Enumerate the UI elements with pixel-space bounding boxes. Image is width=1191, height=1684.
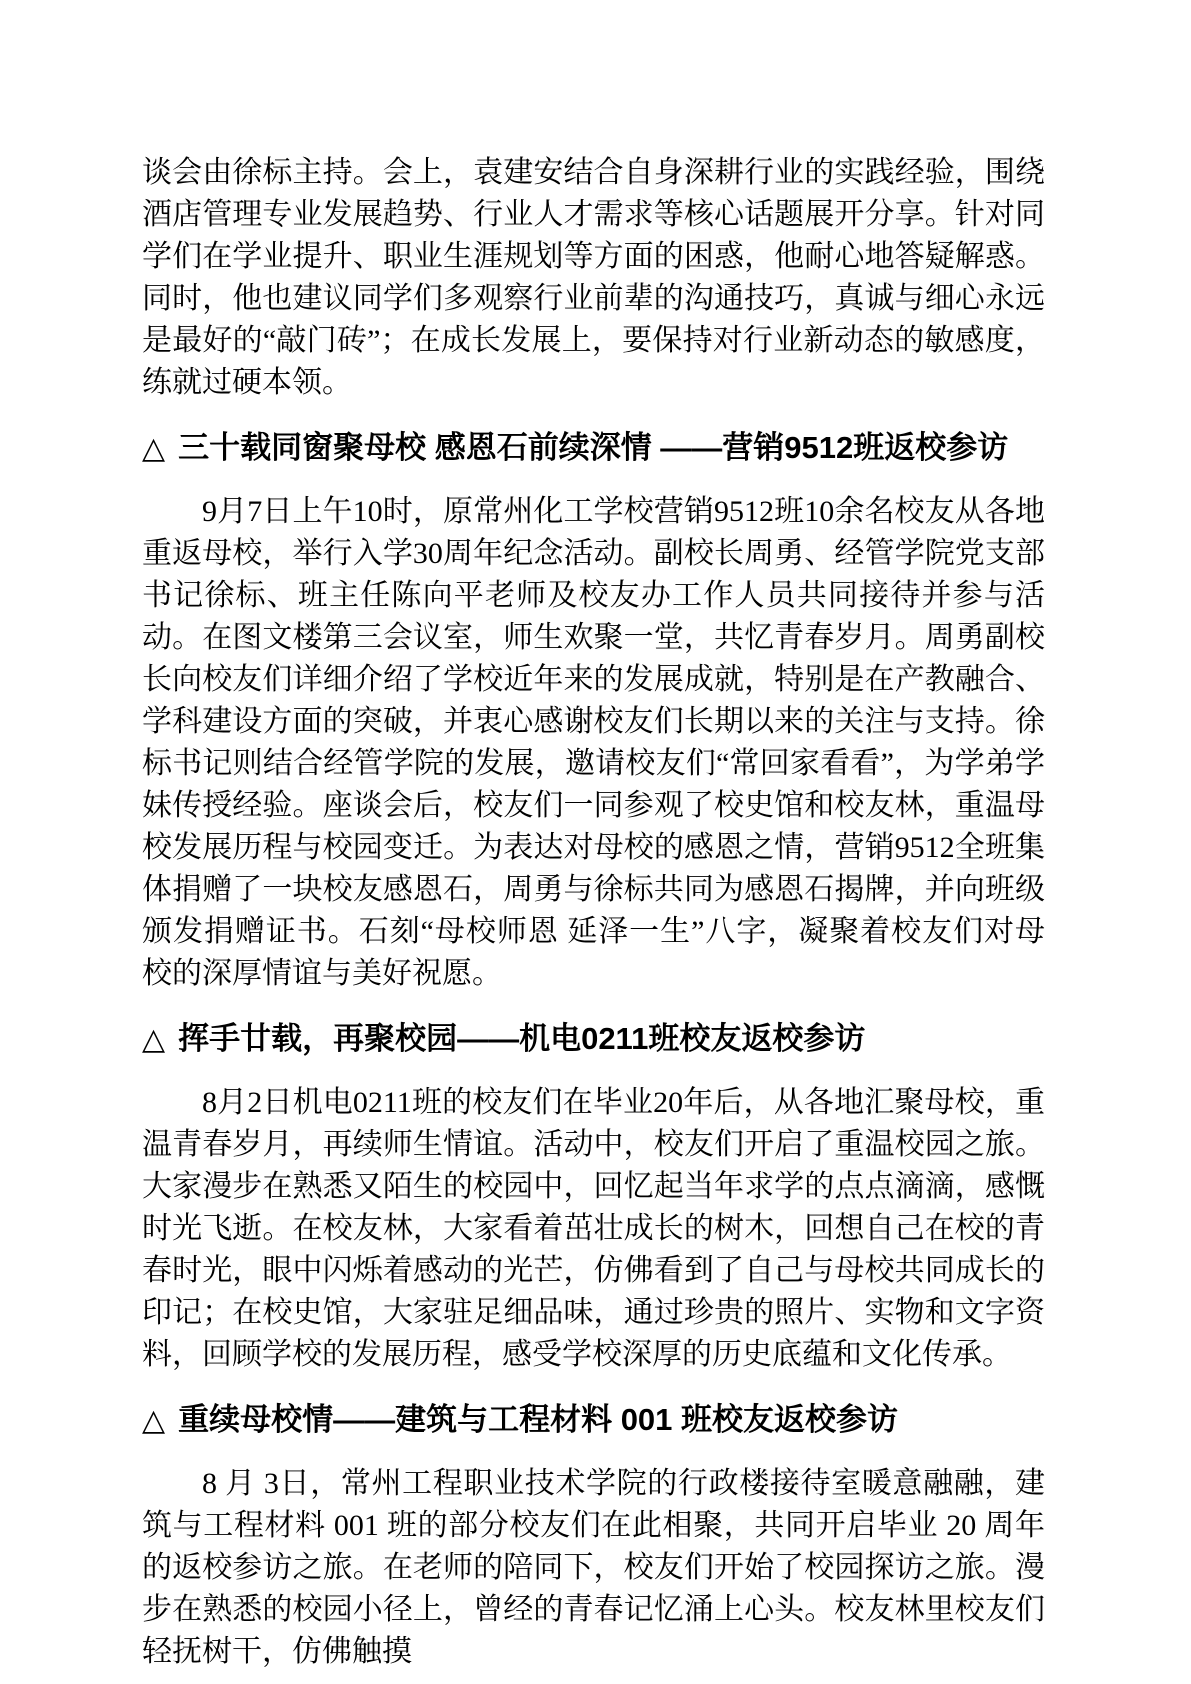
section-3-title: 重续母校情——建筑与工程材料 001 班校友返校参访	[178, 1398, 898, 1442]
section-3-heading: △ 重续母校情——建筑与工程材料 001 班校友返校参访	[142, 1398, 1045, 1443]
section-1-heading: △ 三十载同窗聚母校 感恩石前续深情 ——营销9512班返校参访	[142, 426, 1045, 471]
triangle-marker-icon: △	[142, 427, 165, 471]
triangle-marker-icon: △	[142, 1018, 165, 1062]
section-3-paragraph: 8 月 3日，常州工程职业技术学院的行政楼接待室暖意融融，建筑与工程材料 001…	[142, 1463, 1045, 1673]
intro-paragraph: 谈会由徐标主持。会上，袁建安结合自身深耕行业的实践经验，围绕酒店管理专业发展趋势…	[142, 152, 1045, 404]
document-page: 谈会由徐标主持。会上，袁建安结合自身深耕行业的实践经验，围绕酒店管理专业发展趋势…	[0, 0, 1191, 1684]
section-2-title: 挥手廿载，再聚校园——机电0211班校友返校参访	[178, 1017, 865, 1061]
triangle-marker-icon: △	[142, 1399, 165, 1443]
section-2-paragraph: 8月2日机电0211班的校友们在毕业20年后，从各地汇聚母校，重温青春岁月，再续…	[142, 1082, 1045, 1376]
section-2-heading: △ 挥手廿载，再聚校园——机电0211班校友返校参访	[142, 1017, 1045, 1062]
section-1-title: 三十载同窗聚母校 感恩石前续深情 ——营销9512班返校参访	[178, 426, 1008, 470]
section-1-paragraph: 9月7日上午10时，原常州化工学校营销9512班10余名校友从各地重返母校，举行…	[142, 491, 1045, 995]
